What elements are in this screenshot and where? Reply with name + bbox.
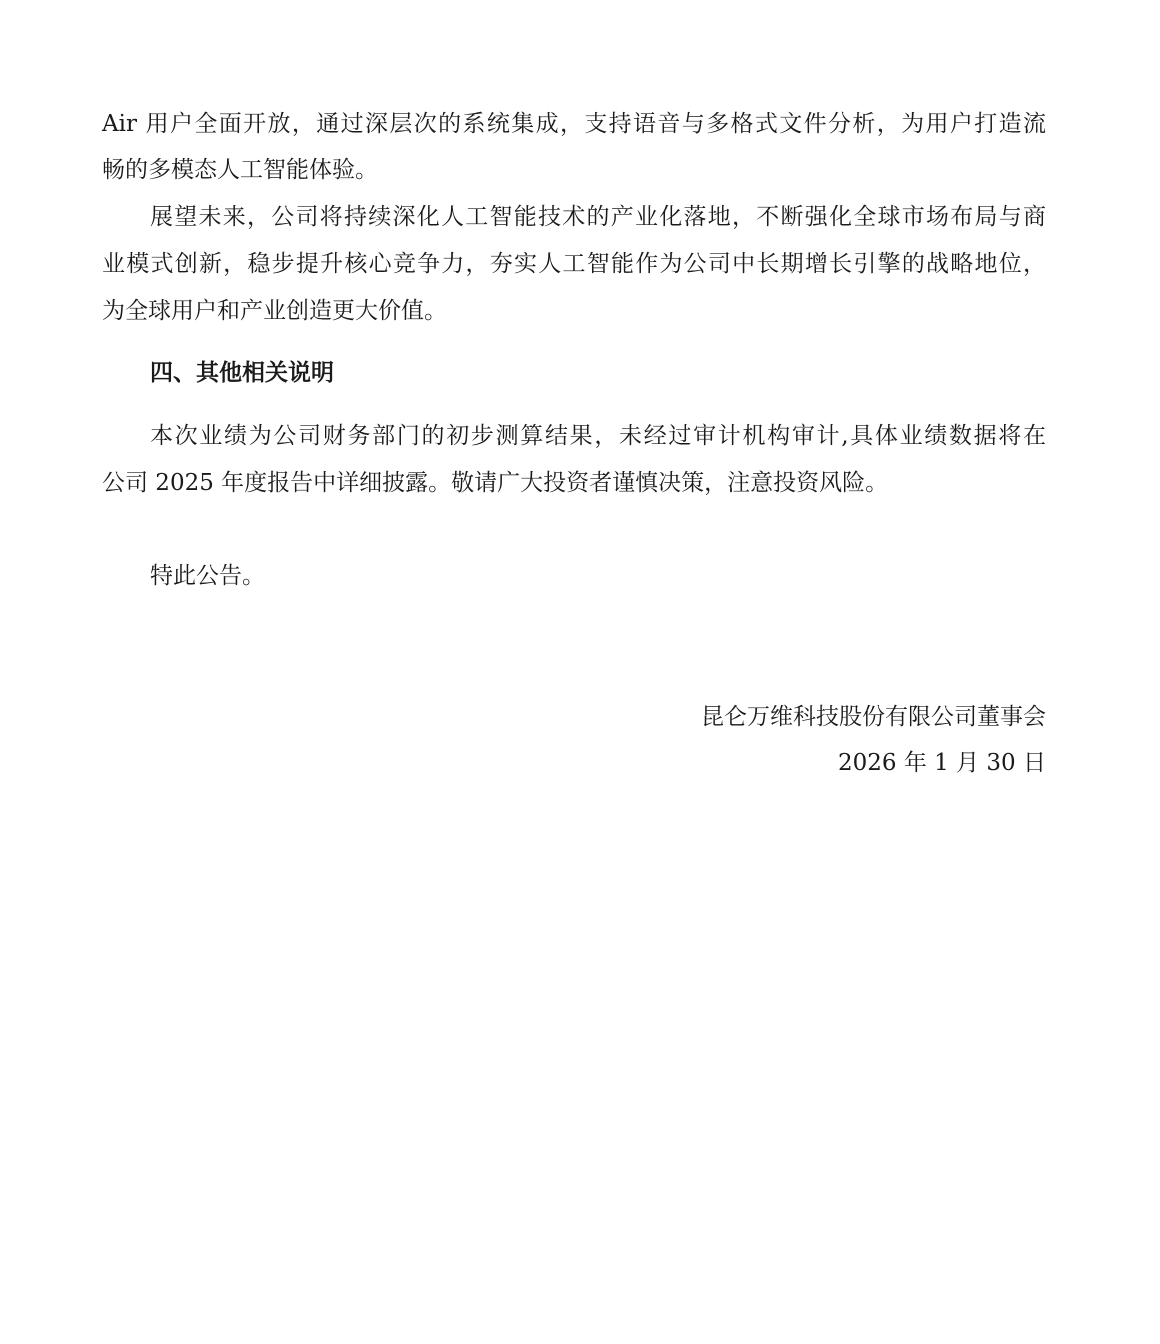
- paragraph-line: 畅的多模态人工智能体验。: [102, 155, 1046, 185]
- section-heading: 四、其他相关说明: [150, 358, 334, 388]
- document-page: Air 用户全面开放，通过深层次的系统集成，支持语音与多格式文件分析，为用户打造…: [0, 0, 1160, 1344]
- signatory-company: 昆仑万维科技股份有限公司董事会: [701, 702, 1046, 732]
- paragraph-line: 为全球用户和产业创造更大价值。: [102, 296, 1046, 326]
- paragraph-line: 业模式创新，稳步提升核心竞争力，夯实人工智能作为公司中长期增长引擎的战略地位，: [102, 249, 1046, 279]
- paragraph-line: 公司 2025 年度报告中详细披露。敬请广大投资者谨慎决策，注意投资风险。: [102, 468, 1046, 498]
- paragraph-line: Air 用户全面开放，通过深层次的系统集成，支持语音与多格式文件分析，为用户打造…: [102, 109, 1046, 139]
- paragraph-line: 本次业绩为公司财务部门的初步测算结果，未经过审计机构审计,具体业绩数据将在: [150, 421, 1046, 451]
- paragraph-line: 展望未来，公司将持续深化人工智能技术的产业化落地，不断强化全球市场布局与商: [150, 202, 1046, 232]
- closing-statement: 特此公告。: [150, 561, 1046, 591]
- signature-date: 2026 年 1 月 30 日: [838, 748, 1046, 778]
